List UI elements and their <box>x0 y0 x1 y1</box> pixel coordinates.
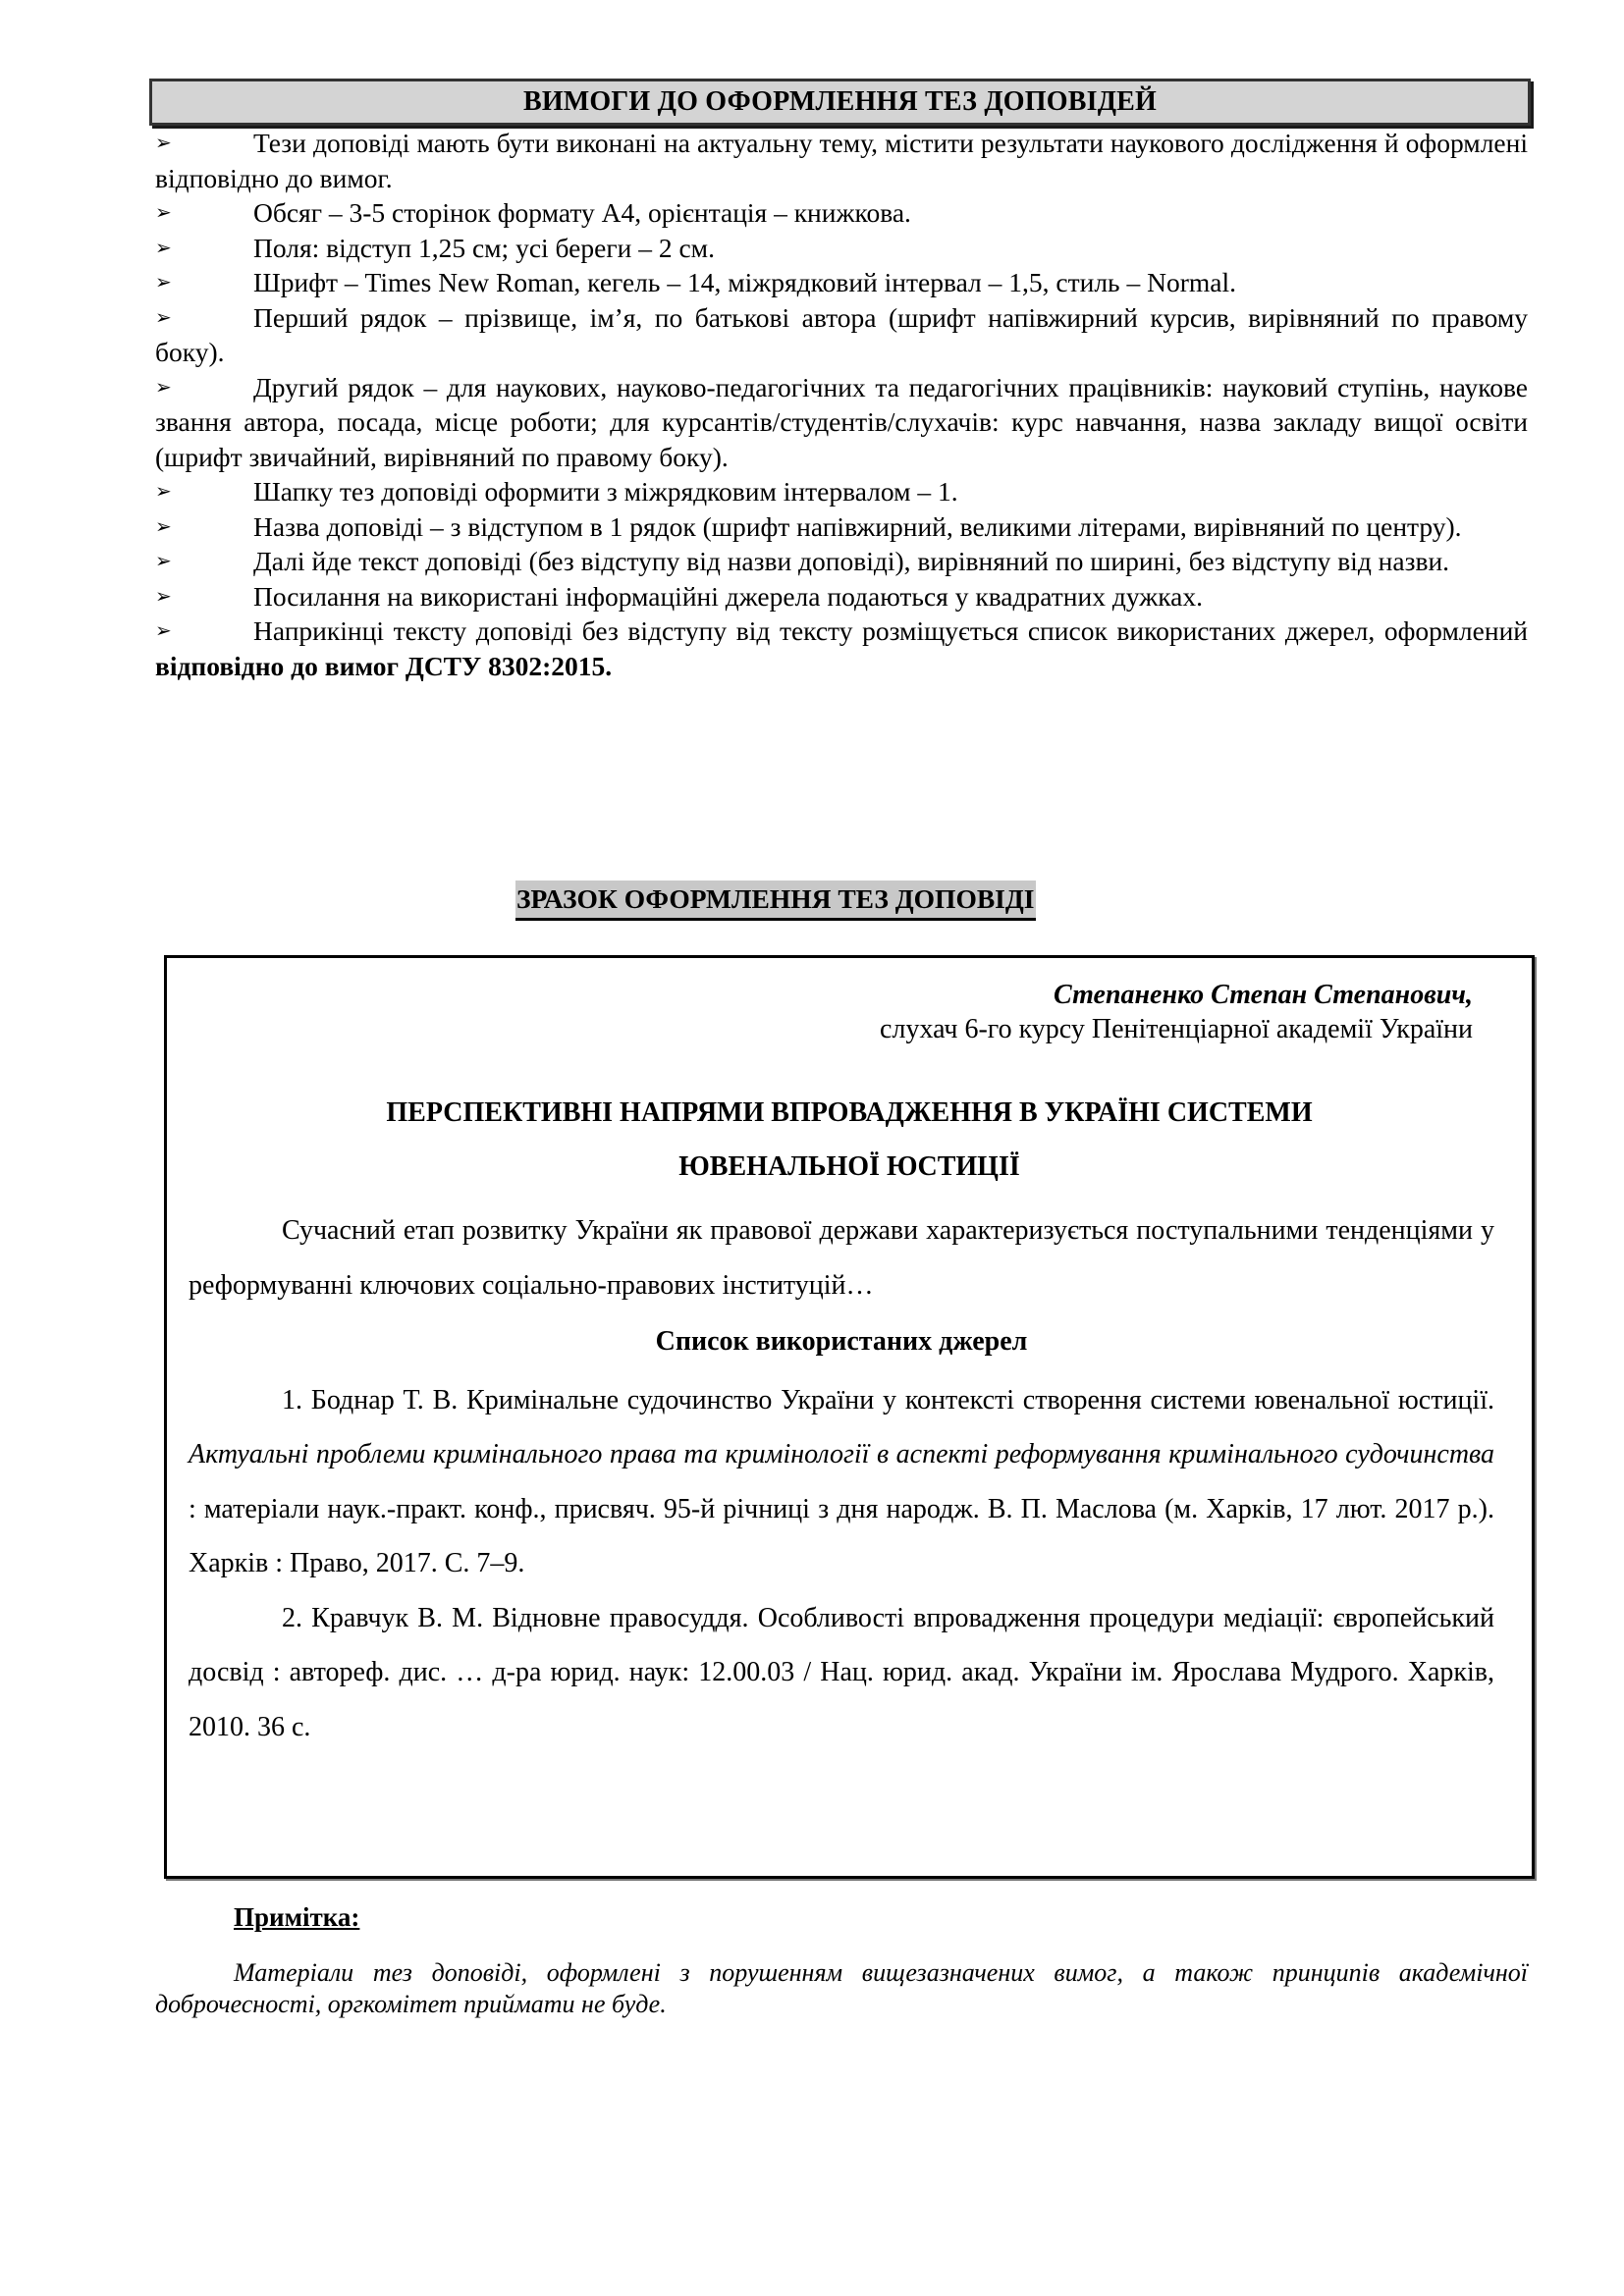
requirement-text: Далі йде текст доповіді (без відступу ві… <box>155 544 1528 579</box>
thesis-paragraph: Сучасний етап розвитку України як правов… <box>189 1203 1494 1312</box>
requirement-item: ➢ Назва доповіді – з відступом в 1 рядок… <box>155 509 1528 545</box>
sources-title: Список використаних джерел <box>189 1314 1494 1369</box>
note-label: Примітка: <box>234 1900 359 1934</box>
arrowhead-bullet-icon: ➢ <box>155 126 172 161</box>
requirement-text: Перший рядок – прізвище, ім’я, по батько… <box>155 300 1528 370</box>
requirement-item: ➢ Тези доповіді мають бути виконані на а… <box>155 126 1528 195</box>
arrowhead-bullet-icon: ➢ <box>155 579 172 614</box>
requirement-item: ➢ Посилання на використані інформаційні … <box>155 579 1528 614</box>
requirements-title: ВИМОГИ ДО ОФОРМЛЕННЯ ТЕЗ ДОПОВІДЕЙ <box>149 79 1531 126</box>
requirement-item: ➢ Поля: відступ 1,25 см; усі береги – 2 … <box>155 231 1528 266</box>
note-text: Матеріали тез доповіді, оформлені з пору… <box>155 1957 1528 2020</box>
requirement-item: ➢ Шапку тез доповіді оформити з міжрядко… <box>155 474 1528 509</box>
thesis-title: ПЕРСПЕКТИВНІ НАПРЯМИ ВПРОВАДЖЕННЯ В УКРА… <box>226 1086 1473 1194</box>
arrowhead-bullet-icon: ➢ <box>155 370 172 405</box>
requirement-text: Обсяг – 3-5 сторінок формату А4, орієнта… <box>155 195 1528 231</box>
sample-thesis-box: Степаненко Степан Степанович, слухач 6-г… <box>164 955 1535 1879</box>
requirement-item: ➢ Обсяг – 3-5 сторінок формату А4, орієн… <box>155 195 1528 231</box>
reference-text: 2. Кравчук В. М. Відновне правосуддя. Ос… <box>189 1603 1494 1742</box>
requirement-text: Тези доповіді мають бути виконані на акт… <box>155 126 1528 195</box>
arrowhead-bullet-icon: ➢ <box>155 614 172 649</box>
reference-item: 1. Боднар Т. В. Кримінальне судочинство … <box>189 1373 1494 1591</box>
requirement-text: Другий рядок – для наукових, науково-пед… <box>155 370 1528 475</box>
requirements-list: ➢ Тези доповіді мають бути виконані на а… <box>155 126 1528 683</box>
arrowhead-bullet-icon: ➢ <box>155 509 172 545</box>
author-name: Степаненко Степан Степанович, <box>880 978 1473 1012</box>
requirement-text: Посилання на використані інформаційні дж… <box>155 579 1528 614</box>
arrowhead-bullet-icon: ➢ <box>155 231 172 266</box>
reference-text: : матеріали наук.-практ. конф., присвяч.… <box>189 1494 1494 1579</box>
requirement-text: Назва доповіді – з відступом в 1 рядок (… <box>155 509 1528 545</box>
thesis-title-line: ПЕРСПЕКТИВНІ НАПРЯМИ ВПРОВАДЖЕННЯ В УКРА… <box>226 1086 1473 1140</box>
document-page: ВИМОГИ ДО ОФОРМЛЕННЯ ТЕЗ ДОПОВІДЕЙ ➢ Тез… <box>0 0 1624 2296</box>
reference-item: 2. Кравчук В. М. Відновне правосуддя. Ос… <box>189 1591 1494 1755</box>
author-block: Степаненко Степан Степанович, слухач 6-г… <box>880 978 1473 1046</box>
reference-italic: Актуальні проблеми кримінального права т… <box>189 1439 1494 1469</box>
author-affiliation: слухач 6-го курсу Пенітенціарної академі… <box>880 1012 1473 1046</box>
requirement-text: Поля: відступ 1,25 см; усі береги – 2 см… <box>155 231 1528 266</box>
requirement-item: ➢ Далі йде текст доповіді (без відступу … <box>155 544 1528 579</box>
requirement-item: ➢ Перший рядок – прізвище, ім’я, по бать… <box>155 300 1528 370</box>
thesis-title-line: ЮВЕНАЛЬНОЇ ЮСТИЦІЇ <box>226 1140 1473 1194</box>
requirement-text: Шрифт – Times New Roman, кегель – 14, мі… <box>155 265 1528 300</box>
requirement-item: ➢ Наприкінці тексту доповіді без відступ… <box>155 614 1528 683</box>
requirement-text: Наприкінці тексту доповіді без відступу … <box>155 614 1528 683</box>
requirement-text-plain: Наприкінці тексту доповіді без відступу … <box>253 615 1528 646</box>
arrowhead-bullet-icon: ➢ <box>155 300 172 336</box>
requirement-text: Шапку тез доповіді оформити з міжрядкови… <box>155 474 1528 509</box>
requirement-item: ➢ Шрифт – Times New Roman, кегель – 14, … <box>155 265 1528 300</box>
reference-text: 1. Боднар Т. В. Кримінальне судочинство … <box>282 1385 1494 1415</box>
sample-heading: ЗРАЗОК ОФОРМЛЕННЯ ТЕЗ ДОПОВІДІ <box>515 881 1036 921</box>
arrowhead-bullet-icon: ➢ <box>155 474 172 509</box>
arrowhead-bullet-icon: ➢ <box>155 195 172 231</box>
arrowhead-bullet-icon: ➢ <box>155 544 172 579</box>
thesis-body: Сучасний етап розвитку України як правов… <box>189 1203 1494 1754</box>
requirement-text-bold: відповідно до вимог ДСТУ 8302:2015. <box>155 651 612 681</box>
arrowhead-bullet-icon: ➢ <box>155 265 172 300</box>
requirement-item: ➢ Другий рядок – для наукових, науково-п… <box>155 370 1528 475</box>
